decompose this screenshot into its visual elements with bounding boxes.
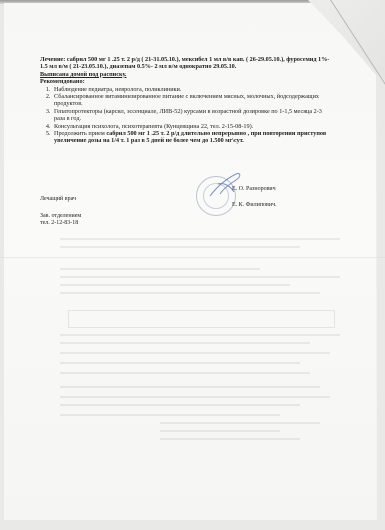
treatment-paragraph: Лечение: сабрил 500 мг 1 .25 т. 2 р/д ( … — [40, 56, 330, 71]
bleed-through-line — [60, 404, 300, 406]
bleed-through-line — [60, 396, 330, 398]
attending-physician-label: Лечащий врач — [40, 196, 81, 203]
head-phone: тел. 2-12-83-18 — [40, 220, 81, 227]
bleed-through-line — [60, 342, 310, 344]
bleed-through-line — [60, 238, 340, 240]
page-crease — [0, 257, 385, 259]
document-body: Лечение: сабрил 500 мг 1 .25 т. 2 р/д ( … — [40, 56, 330, 145]
recommendations-heading: Рекомендовано: — [40, 78, 330, 85]
bleed-through-line — [60, 284, 290, 286]
bleed-through-line — [60, 386, 320, 388]
recommendation-item: Гепатопротекторы (карсил, эссенциале, ЛИ… — [52, 108, 330, 123]
bleed-through-line — [60, 276, 340, 278]
recommendations-list: Наблюдение педиатра, невролога, поликлин… — [40, 86, 330, 145]
recommendation-item: Консультация психолога, психотерапевта (… — [52, 123, 330, 130]
bleed-through-line — [60, 268, 260, 270]
recommendation-item: Наблюдение педиатра, невролога, поликлин… — [52, 86, 330, 93]
recommendation-item: Продолжить прием сабрил 500 мг 1 .25 т. … — [52, 130, 330, 145]
treatment-text: сабрил 500 мг 1 .25 т. 2 р/д ( 21-31.05.… — [40, 56, 329, 70]
bleed-through-line — [60, 246, 300, 248]
bleed-through-line — [60, 334, 340, 336]
signature-names: Е. О. Разнорович Е. К. Филипович. — [232, 186, 277, 209]
discharge-note: Выписана домой под расписку. — [40, 71, 330, 78]
bleed-through-line — [60, 372, 310, 374]
head-of-department-name: Е. К. Филипович. — [232, 202, 277, 209]
bleed-through-line — [160, 422, 320, 424]
bleed-through-table — [68, 310, 335, 328]
bleed-through-line — [60, 414, 280, 416]
attending-physician-name: Е. О. Разнорович — [232, 186, 277, 193]
signature-labels: Лечащий врач Зав. отделением тел. 2-12-8… — [40, 196, 81, 228]
bleed-through-line — [60, 352, 330, 354]
treatment-label: Лечение: — [40, 56, 65, 63]
bleed-through-line — [60, 362, 300, 364]
bleed-through-line — [160, 430, 280, 432]
recommendation-prefix: Продолжить прием — [54, 130, 106, 137]
head-of-department-label: Зав. отделением — [40, 213, 81, 220]
bleed-through-line — [160, 438, 300, 440]
bleed-through-line — [60, 292, 320, 294]
recommendation-item: Сбалансированное витаминизированное пита… — [52, 93, 330, 108]
